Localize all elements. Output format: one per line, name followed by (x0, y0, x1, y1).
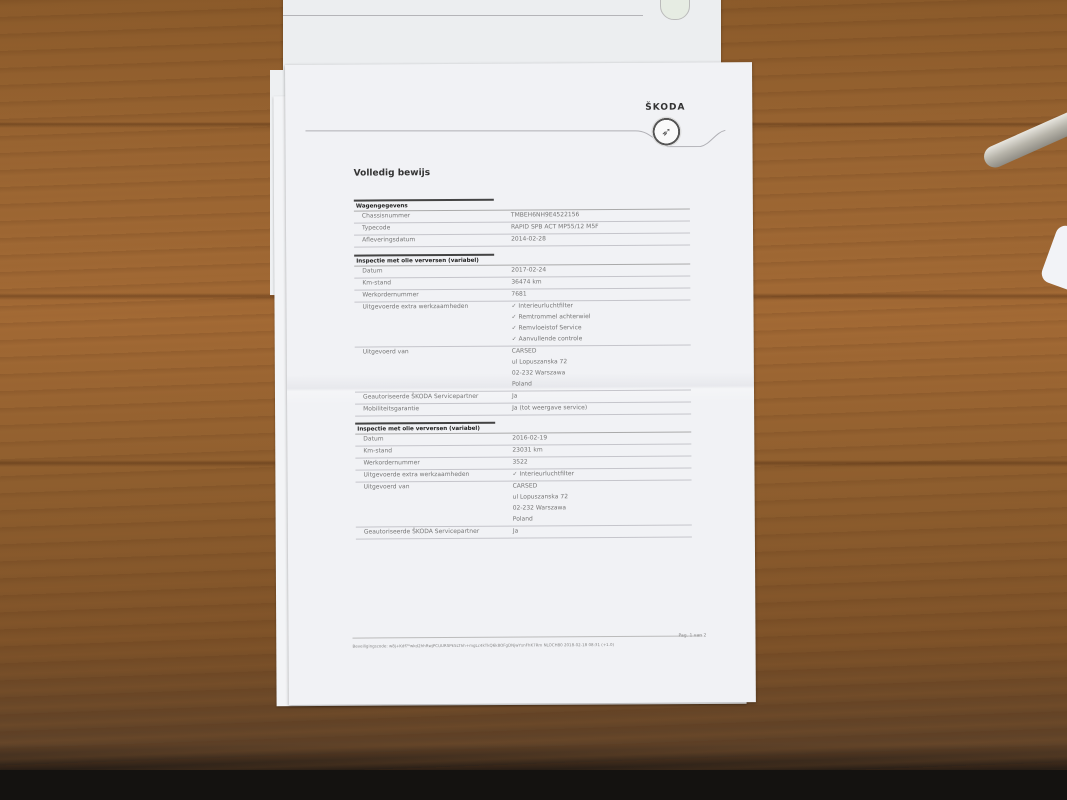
section-inspection-2016: Inspectie met olie verversen (variabel)D… (355, 421, 692, 540)
row-label: Uitgevoerd van (356, 482, 513, 492)
row-label: Datum (355, 434, 512, 444)
value-line: 23031 km (512, 445, 691, 457)
row-label: Km-stand (354, 278, 511, 288)
value-line: Ja (513, 526, 692, 538)
row-value: ✓ Interieurluchtfilter✓ Remtrommel achte… (511, 301, 690, 346)
table-row: Uitgevoerd vanCARSEDul Lopuszanska 7202-… (356, 481, 692, 528)
row-label: Werkordernummer (354, 290, 511, 300)
row-value: RAPID SPB ACT MP55/12 M5F (511, 222, 690, 234)
row-value: CARSEDul Lopuszanska 7202-232 WarszawaPo… (512, 346, 691, 391)
row-value: ✓ Interieurluchtfilter (512, 469, 691, 481)
table-row: Geautoriseerde ŠKODA ServicepartnerJa (356, 526, 692, 540)
table-row: Uitgevoerd vanCARSEDul Lopuszanska 7202-… (355, 346, 691, 393)
value-line: Ja (512, 391, 691, 403)
row-value: Ja (513, 526, 692, 538)
section-vehicle-data: WagengegevensChassisnummerTMBEH6NH9E4522… (354, 198, 690, 248)
row-value: Ja (tot weergave service) (512, 403, 691, 415)
value-line: Ja (tot weergave service) (512, 403, 691, 415)
brand-name: ŠKODA (645, 103, 685, 113)
page-number: Pag. 1 van 2 (678, 633, 706, 638)
checked-item: ✓ Aanvullende controle (512, 334, 691, 346)
footer-line (352, 635, 702, 638)
row-label: Typecode (354, 223, 511, 233)
value-line: RAPID SPB ACT MP55/12 M5F (511, 222, 690, 234)
document-title: Volledig bewijs (354, 168, 430, 178)
row-label: Geautoriseerde ŠKODA Servicepartner (356, 527, 513, 537)
row-value: 2016-02-19 (512, 433, 691, 445)
value-line: TMBEH6NH9E4522156 (511, 210, 690, 222)
value-line: 7681 (511, 289, 690, 301)
row-label: Werkordernummer (355, 458, 512, 468)
table-row: Uitgevoerde extra werkzaamheden✓ Interie… (354, 301, 690, 348)
value-line: 2017-02-24 (511, 265, 690, 277)
row-label: Uitgevoerd van (355, 347, 512, 357)
row-value: 23031 km (512, 445, 691, 457)
value-line: 36474 km (511, 277, 690, 289)
skoda-logo-icon: ➶ (651, 117, 681, 147)
table-row: Afleveringsdatum2014-02-28 (354, 234, 690, 248)
checked-item: ✓ Interieurluchtfilter (512, 469, 691, 481)
row-label: Km-stand (355, 446, 512, 456)
row-value: 2017-02-24 (511, 265, 690, 277)
table-edge (0, 770, 1067, 800)
row-label: Geautoriseerde ŠKODA Servicepartner (355, 392, 512, 402)
row-label: Mobiliteitsgarantie (355, 404, 512, 414)
header-line (283, 15, 643, 16)
row-value: 36474 km (511, 277, 690, 289)
row-value: 2014-02-28 (511, 234, 690, 246)
row-value: CARSEDul Lopuszanska 7202-232 WarszawaPo… (513, 481, 692, 526)
document-page: ŠKODA ➶ Volledig bewijs WagengegevensCha… (285, 62, 756, 705)
row-label: Uitgevoerde extra werkzaamheden (354, 302, 511, 312)
row-value: 3522 (512, 457, 691, 469)
row-label: Chassisnummer (354, 211, 511, 221)
row-value: TMBEH6NH9E4522156 (511, 210, 690, 222)
row-value: Ja (512, 391, 691, 403)
security-code: Beveiligingscode: w8j+Kdf?*wkd2hhRwjPCUU… (353, 642, 615, 649)
value-line: 2016-02-19 (512, 433, 691, 445)
row-label: Afleveringsdatum (354, 235, 511, 245)
value-line: 3522 (512, 457, 691, 469)
table-row: MobiliteitsgarantieJa (tot weergave serv… (355, 403, 691, 417)
value-line: Poland (512, 379, 691, 391)
row-label: Datum (354, 266, 511, 276)
row-value: 7681 (511, 289, 690, 301)
section-inspection-2017: Inspectie met olie verversen (variabel)D… (354, 253, 691, 417)
row-label: Uitgevoerde extra werkzaamheden (355, 470, 512, 480)
value-line: 2014-02-28 (511, 234, 690, 246)
value-line: Poland (513, 514, 692, 526)
